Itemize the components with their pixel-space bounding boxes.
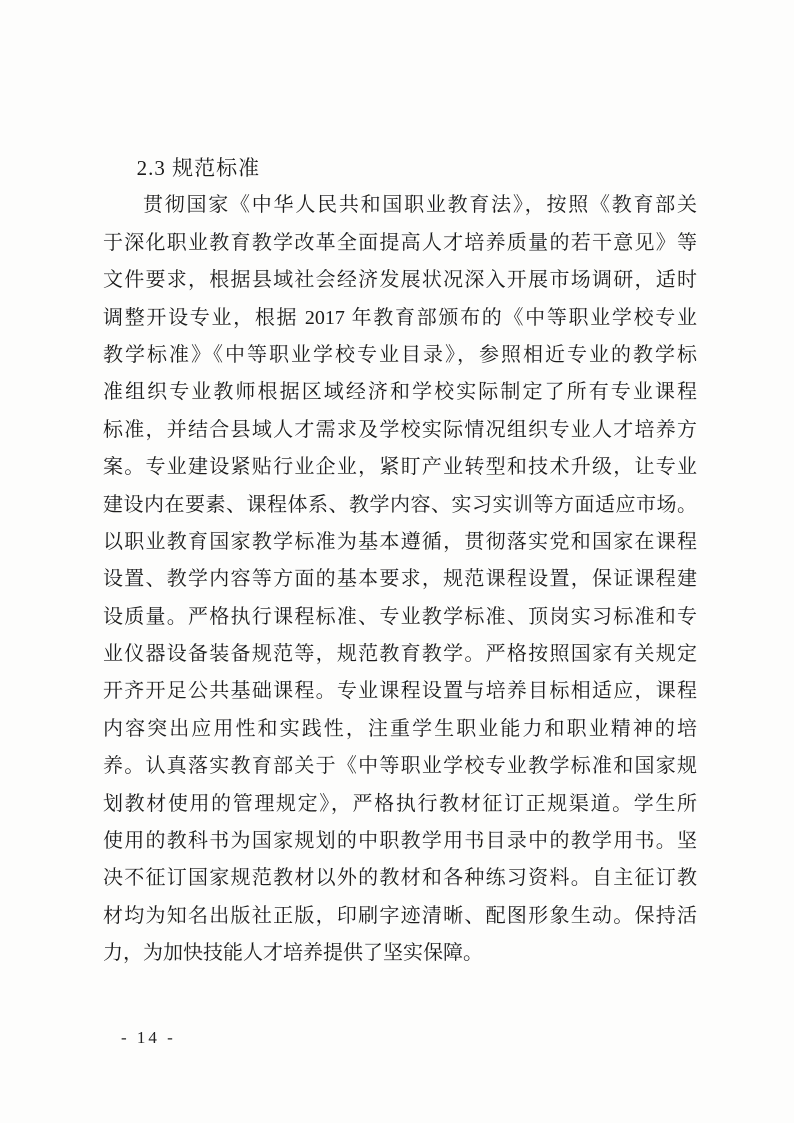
section-heading: 2.3 规范标准 [103, 150, 697, 187]
paragraph-line: 教学标准》《中等职业学校专业目录》，参照相近专业的教学标 [103, 337, 697, 374]
paragraph-line: 内容突出应用性和实践性，注重学生职业能力和职业精神的培 [103, 711, 697, 748]
paragraph-line: 材均为知名出版社正版，印刷字迹清晰、配图形象生动。保持活 [103, 898, 697, 935]
paragraph-line: 准组织专业教师根据区域经济和学校实际制定了所有专业课程 [103, 374, 697, 411]
paragraph-line: 标准，并结合县域人才需求及学校实际情况组织专业人才培养方 [103, 412, 697, 449]
paragraph-line: 决不征订国家规范教材以外的教材和各种练习资料。自主征订教 [103, 860, 697, 897]
text-block: 2.3 规范标准 贯彻国家《中华人民共和国职业教育法》，按照《教育部关 于深化职… [103, 150, 697, 973]
paragraph-line: 力，为加快技能人才培养提供了坚实保障。 [103, 935, 697, 972]
paragraph-line: 案。专业建设紧贴行业企业，紧盯产业转型和技术升级，让专业 [103, 449, 697, 486]
paragraph-line: 业仪器设备装备规范等，规范教育教学。严格按照国家有关规定 [103, 636, 697, 673]
paragraph-line: 调整开设专业，根据 2017 年教育部颁布的《中等职业学校专业 [103, 300, 697, 337]
paragraph-line: 以职业教育国家教学标准为基本遵循，贯彻落实党和国家在课程 [103, 524, 697, 561]
paragraph-line: 划教材使用的管理规定》，严格执行教材征订正规渠道。学生所 [103, 786, 697, 823]
paragraph-line: 贯彻国家《中华人民共和国职业教育法》，按照《教育部关 [103, 187, 697, 224]
document-page: 2.3 规范标准 贯彻国家《中华人民共和国职业教育法》，按照《教育部关 于深化职… [0, 0, 794, 1123]
paragraph-line: 设置、教学内容等方面的基本要求，规范课程设置，保证课程建 [103, 561, 697, 598]
paragraph-line: 开齐开足公共基础课程。专业课程设置与培养目标相适应，课程 [103, 673, 697, 710]
paragraph-line: 养。认真落实教育部关于《中等职业学校专业教学标准和国家规 [103, 748, 697, 785]
paragraph-line: 建设内在要素、课程体系、教学内容、实习实训等方面适应市场。 [103, 487, 697, 524]
body-paragraph: 贯彻国家《中华人民共和国职业教育法》，按照《教育部关 于深化职业教育教学改革全面… [103, 187, 697, 972]
paragraph-line: 于深化职业教育教学改革全面提高人才培养质量的若干意见》等 [103, 225, 697, 262]
page-number: - 14 - [121, 1028, 176, 1048]
paragraph-line: 文件要求，根据县域社会经济发展状况深入开展市场调研，适时 [103, 262, 697, 299]
paragraph-line: 使用的教科书为国家规划的中职教学用书目录中的教学用书。坚 [103, 823, 697, 860]
paragraph-line: 设质量。严格执行课程标准、专业教学标准、顶岗实习标准和专 [103, 599, 697, 636]
